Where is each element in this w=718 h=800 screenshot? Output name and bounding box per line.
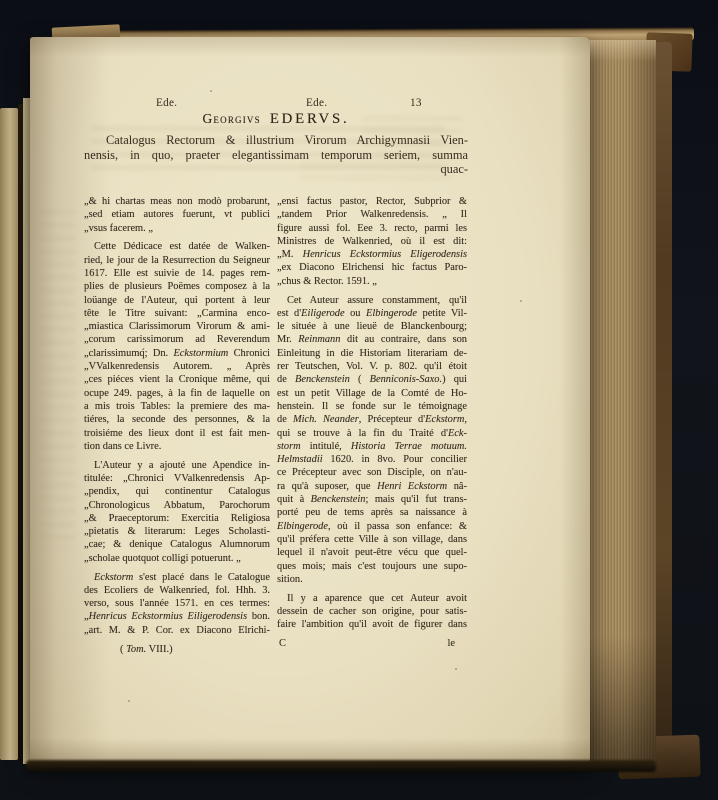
- printed-text-block: Ede. Ede. 13 Georgivs EDERVS. Catalogus …: [84, 0, 468, 800]
- text-line: L'Auteur y a ajouté une Apendice in-: [84, 459, 270, 472]
- text-line: tion dans ce Livre.: [84, 440, 270, 453]
- text-line: „cae; & denique Catalogus Alumnorum: [84, 538, 270, 551]
- text-line: „chus & Rector. 1591. „: [277, 275, 467, 288]
- text-line: Cette Dédicace est datée de Walken-: [84, 240, 270, 253]
- subtitle-line: quac-: [84, 162, 468, 177]
- title-surname: EDERVS.: [270, 111, 350, 127]
- text-line: ried, le jour de la Resurrection du Seig…: [84, 254, 270, 267]
- text-line: porté peu de tems après sa naissance à: [277, 506, 467, 519]
- paragraph: Eckstorm s'est placé dans le Cataloguede…: [84, 571, 270, 637]
- paper-speck: [520, 300, 522, 302]
- text-line: „miastica Clarissimorum Virorum & ami-: [84, 320, 270, 333]
- text-line: est un petit Village de la Comté de Ho-: [277, 387, 467, 400]
- paragraph: „ensi factus pastor, Rector, Subprior &„…: [277, 195, 467, 288]
- paragraph: „& hi chartas meas non modò probarunt,„s…: [84, 195, 270, 235]
- running-head-left: Ede.: [156, 97, 177, 109]
- text-line: ocupe 249. pages, à la fin de laquelle o…: [84, 387, 270, 400]
- scanned-book-photo: Ede. Ede. 13 Georgivs EDERVS. Catalogus …: [0, 0, 718, 800]
- text-line: verso, sous l'année 1571. en ces termes:: [84, 597, 270, 610]
- page-number: 13: [410, 97, 422, 109]
- text-line: Mr. Reinmann dit au contraire, dans son: [277, 333, 467, 346]
- latin-subtitle: Catalogus Rectorum & illustrium Virorum …: [84, 133, 468, 177]
- subtitle-line: nensis, in quo, praeter elegantissimam t…: [84, 148, 468, 163]
- facing-page-edge: [0, 108, 18, 760]
- text-line: „ensi factus pastor, Rector, Subprior &: [277, 195, 467, 208]
- text-line: Helmstadii 1620. in 8vo. Pour concilier: [277, 453, 467, 466]
- title-given-name: Georgivs: [202, 111, 260, 126]
- text-line: „& Praeceptorum: Exercitia Religiosa: [84, 512, 270, 525]
- text-line: plies de plusieurs Poëmes composez à la: [84, 280, 270, 293]
- paragraph: Il y a aparence que cet Auteur avoitdess…: [277, 592, 467, 632]
- right-column: „ensi factus pastor, Rector, Subprior &„…: [277, 195, 467, 650]
- text-line: quit à Benckenstein; mais qu'il fut tran…: [277, 493, 467, 506]
- running-head-center: Ede.: [306, 97, 327, 109]
- text-line: Elbingerode, où il passa son enfance: &: [277, 520, 467, 533]
- text-line: des Ecoliers de Walkenried, fol. Hhh. 3.: [84, 584, 270, 597]
- text-line: loüange de l'Auteur, qui portent à leur: [84, 294, 270, 307]
- text-line: ques mois; mais c'est toujours une supo-: [277, 560, 467, 573]
- text-line: figure aussi fol. Eee 3. recto, parmi le…: [277, 222, 467, 235]
- article-title: Georgivs EDERVS.: [84, 110, 468, 128]
- text-line: henstein. Il se fonde sur le témoignage: [277, 400, 467, 413]
- text-line: „sed etiam autores fuerunt, vt publici: [84, 208, 270, 221]
- fore-edge-page-stack: [588, 40, 656, 766]
- text-line: troisiéme des lieux dont il est fait men…: [84, 427, 270, 440]
- text-line: Eckstorm s'est placé dans le Catalogue: [84, 571, 270, 584]
- left-column: „& hi chartas meas non modò probarunt,„s…: [84, 195, 270, 656]
- text-line: Il y a aparence que cet Auteur avoit: [277, 592, 467, 605]
- paragraph: L'Auteur y a ajouté une Apendice in-titu…: [84, 459, 270, 565]
- text-line: est d'Eiligerode ou Elbingerode petite V…: [277, 307, 467, 320]
- text-line: „Henricus Eckstormius Eiligerodensis bon…: [84, 610, 270, 623]
- text-line: dessein de cacher son origine, pour sati…: [277, 605, 467, 618]
- text-line: „tandem Prior Walkenredensis. „ Il: [277, 208, 467, 221]
- signature-mark: C: [279, 637, 286, 650]
- catchword: le: [448, 637, 456, 650]
- text-line: „vsus facerem. „: [84, 222, 270, 235]
- paragraph: Cette Dédicace est datée de Walken-ried,…: [84, 240, 270, 453]
- text-line: a mis trois Tables: la premiere des ma-: [84, 400, 270, 413]
- text-line: „pietatis & literarum: Leges Scholasti-: [84, 525, 270, 538]
- text-line: ra qu'à suposer, que Henri Eckstorm nâ-: [277, 480, 467, 493]
- text-line: tête le Titre suivant: „Carmina enco-: [84, 307, 270, 320]
- text-line: „art. M. & P. Cor. ex Diacono Elrichi-: [84, 624, 270, 637]
- text-line: „ces piéces vient la Cronique même, qui: [84, 373, 270, 386]
- text-line: Einleitung in die Historiam literariam d…: [277, 347, 467, 360]
- text-line: de Benckenstein ( Benniconis-Saxo.) qui: [277, 373, 467, 386]
- text-line: lequel il n'avoit peut-être vécu que que…: [277, 546, 467, 559]
- text-line: sition.: [277, 573, 467, 586]
- text-line: „& hi chartas meas non modò probarunt,: [84, 195, 270, 208]
- text-line: „clarissimumq́; Dn. Eckstormium Chronici: [84, 347, 270, 360]
- signature-row: Cle: [277, 637, 467, 650]
- text-line: qu'il préfera cette Ville à son village,…: [277, 533, 467, 546]
- text-line: „VValkenredensis Autorem. „ Après: [84, 360, 270, 373]
- text-line: storm intitulé, Historia Terrae motuum.: [277, 440, 467, 453]
- text-line: ce Précepteur avec son Disciple, on n'au…: [277, 466, 467, 479]
- text-line: „M. Henricus Eckstormius Eligerodensis: [277, 248, 467, 261]
- subtitle-line: Catalogus Rectorum & illustrium Virorum …: [84, 133, 468, 148]
- text-line: Ministres de Walkenried, où il est dit:: [277, 235, 467, 248]
- text-line: rer Teutschen, Vol. V. p. 802. qu'il éto…: [277, 360, 467, 373]
- tome-marker: ( Tom. VIII.): [84, 643, 270, 656]
- text-line: titulée: „Chronici VValkenredensis Ap-: [84, 472, 270, 485]
- text-line: tiéres, la seconde des personnes, & la: [84, 413, 270, 426]
- text-line: „corum carissimorum ad Reverendum: [84, 333, 270, 346]
- text-line: qui se trouve à la fin du Traité d'Eck-: [277, 427, 467, 440]
- text-line: faire l'ambition qu'il avoit de figurer …: [277, 618, 467, 631]
- text-line: „Chronologicus Abbatum, Parochorum: [84, 499, 270, 512]
- text-line: 1617. Elle est suivie de 14. pages rem-: [84, 267, 270, 280]
- text-line: le située à une lieuë de Blanckenbourg;: [277, 320, 467, 333]
- paragraph: Cet Auteur assure constamment, qu'ilest …: [277, 294, 467, 587]
- text-line: Cet Auteur assure constamment, qu'il: [277, 294, 467, 307]
- text-line: de Mich. Neander, Précepteur d'Eckstorm,: [277, 413, 467, 426]
- text-line: „scholae quotquot colligi potuerunt. „: [84, 552, 270, 565]
- text-line: „ex Diacono Elrichensi hic factus Paro-: [277, 261, 467, 274]
- text-line: „pendix, qui continentur Catalogus: [84, 485, 270, 498]
